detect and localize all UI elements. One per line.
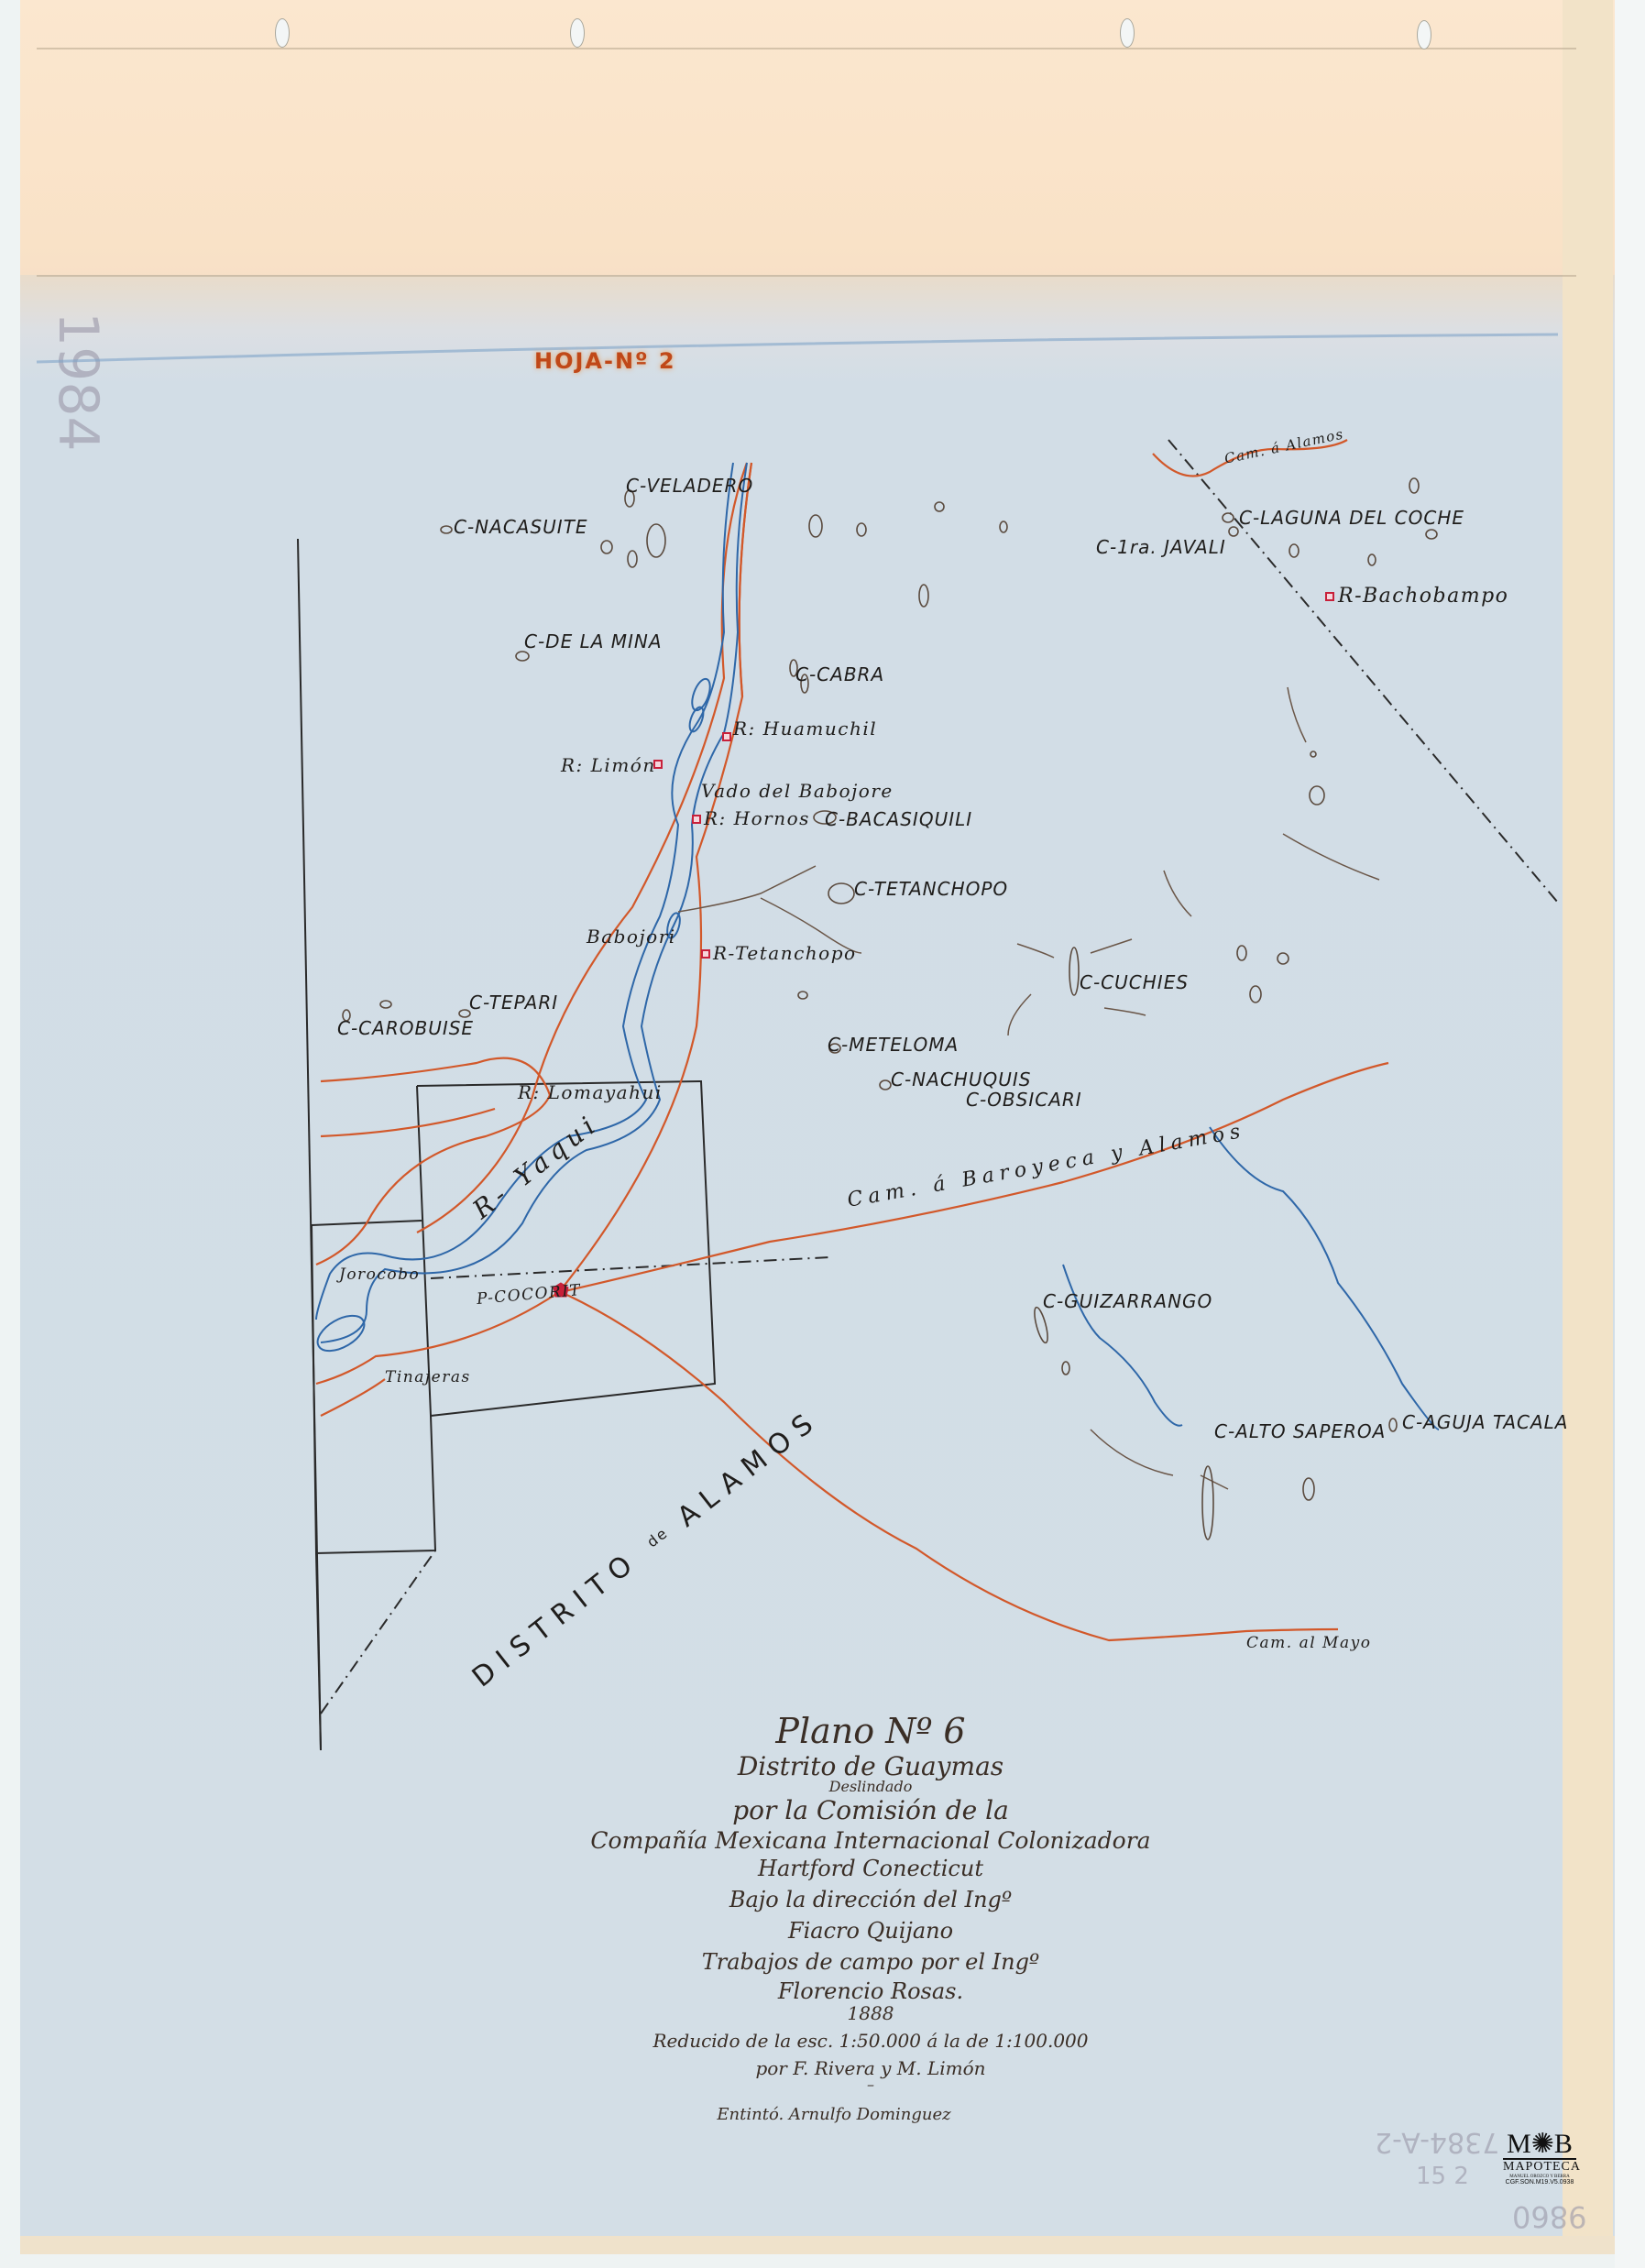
- hill-label: C-NACASUITE: [454, 518, 588, 536]
- cartouche-line: Bajo la dirección del Ingº: [550, 1889, 1191, 1911]
- sheet-number-label: HOJA-Nº 2: [534, 350, 676, 372]
- place-label: Babojori: [587, 927, 676, 946]
- rancho-label: R: Huamuchil: [733, 719, 877, 738]
- hill-label: C-CAROBUISE: [337, 1019, 474, 1037]
- rancho-label: R-Bachobampo: [1338, 586, 1508, 607]
- cartouche-line: por la Comisión de la: [550, 1798, 1191, 1824]
- cartouche-line: Hartford Conecticut: [550, 1857, 1191, 1879]
- place-label: Tinajeras: [385, 1370, 471, 1386]
- hill-label: C-BACASIQUILI: [825, 810, 972, 828]
- pencil-code: 7384-A-2: [1375, 2126, 1499, 2158]
- road-label: Cam. al Mayo: [1246, 1636, 1371, 1651]
- place-label: Vado del Babojore: [701, 782, 894, 800]
- cartouche-line: Distrito de Guaymas: [550, 1754, 1191, 1780]
- hill-label: C-CABRA: [795, 665, 884, 684]
- hill-label: C-ALTO SAPEROA: [1214, 1422, 1386, 1441]
- hill-label: C-METELOMA: [828, 1035, 959, 1054]
- hill-label: C-DE LA MINA: [524, 632, 663, 651]
- rancho-label: R: Hornos: [704, 809, 810, 827]
- cartouche-separator: –: [550, 2077, 1191, 2092]
- cartouche-line: por F. Rivera y M. Limón: [550, 2059, 1191, 2077]
- rancho-label: R: Lomayahui: [518, 1083, 663, 1101]
- river-yaqui: [312, 463, 1439, 1430]
- map-sheet: 1984: [0, 0, 1645, 2268]
- place-label: Jorocobo: [339, 1267, 420, 1283]
- cartouche-scale: Reducido de la esc. 1:50.000 á la de 1:1…: [550, 2032, 1191, 2050]
- mapoteca-name: MAPOTECA: [1503, 2158, 1576, 2175]
- cartouche-line: Trabajos de campo por el Ingº: [550, 1951, 1191, 1973]
- cartouche-title: Plano Nº 6: [550, 1714, 1191, 1748]
- hill-label: C-TEPARI: [469, 993, 558, 1012]
- hill-label: C-AGUJA TACALA: [1402, 1413, 1568, 1431]
- cartouche-line: Fiacro Quijano: [550, 1920, 1191, 1942]
- cartouche-line: Florencio Rosas.: [550, 1980, 1191, 2002]
- cartouche-inker: Entintó. Arnulfo Dominguez: [477, 2107, 1191, 2123]
- hill-label: C-OBSICARI: [966, 1090, 1082, 1109]
- hill-label: C-NACHUQUIS: [891, 1070, 1031, 1089]
- rancho-label: R: Limón: [561, 756, 656, 774]
- hill-label: C-CUCHIES: [1080, 973, 1189, 992]
- hill-label: C-VELADERO: [626, 477, 753, 495]
- boundary-lines: [298, 539, 715, 1750]
- mapoteca-logo: M✺B: [1503, 2131, 1576, 2158]
- catalog-code: CGF.SON.M19.V5.0938: [1503, 2179, 1576, 2186]
- cartouche-line: Deslindado: [550, 1780, 1191, 1794]
- cartouche-line: Compañía Mexicana Internacional Coloniza…: [550, 1829, 1191, 1852]
- hill-label: C-TETANCHOPO: [854, 880, 1008, 898]
- pencil-number: 15 2: [1416, 2163, 1469, 2190]
- mapoteca-stamp: M✺B MAPOTECA MANUEL OROZCO Y BERRA CGF.S…: [1503, 2131, 1576, 2186]
- cartouche-year: 1888: [550, 2004, 1191, 2022]
- hill-label: C-1ra. JAVALI: [1096, 538, 1226, 556]
- title-cartouche: Plano Nº 6 Distrito de Guaymas Deslindad…: [550, 1714, 1191, 2123]
- rancho-label: R-Tetanchopo: [713, 944, 857, 962]
- hill-label: C-LAGUNA DEL COCHE: [1239, 509, 1464, 527]
- hill-label: C-GUIZARRANGO: [1043, 1292, 1212, 1310]
- inventory-stamp-number: 9860: [1512, 2199, 1586, 2234]
